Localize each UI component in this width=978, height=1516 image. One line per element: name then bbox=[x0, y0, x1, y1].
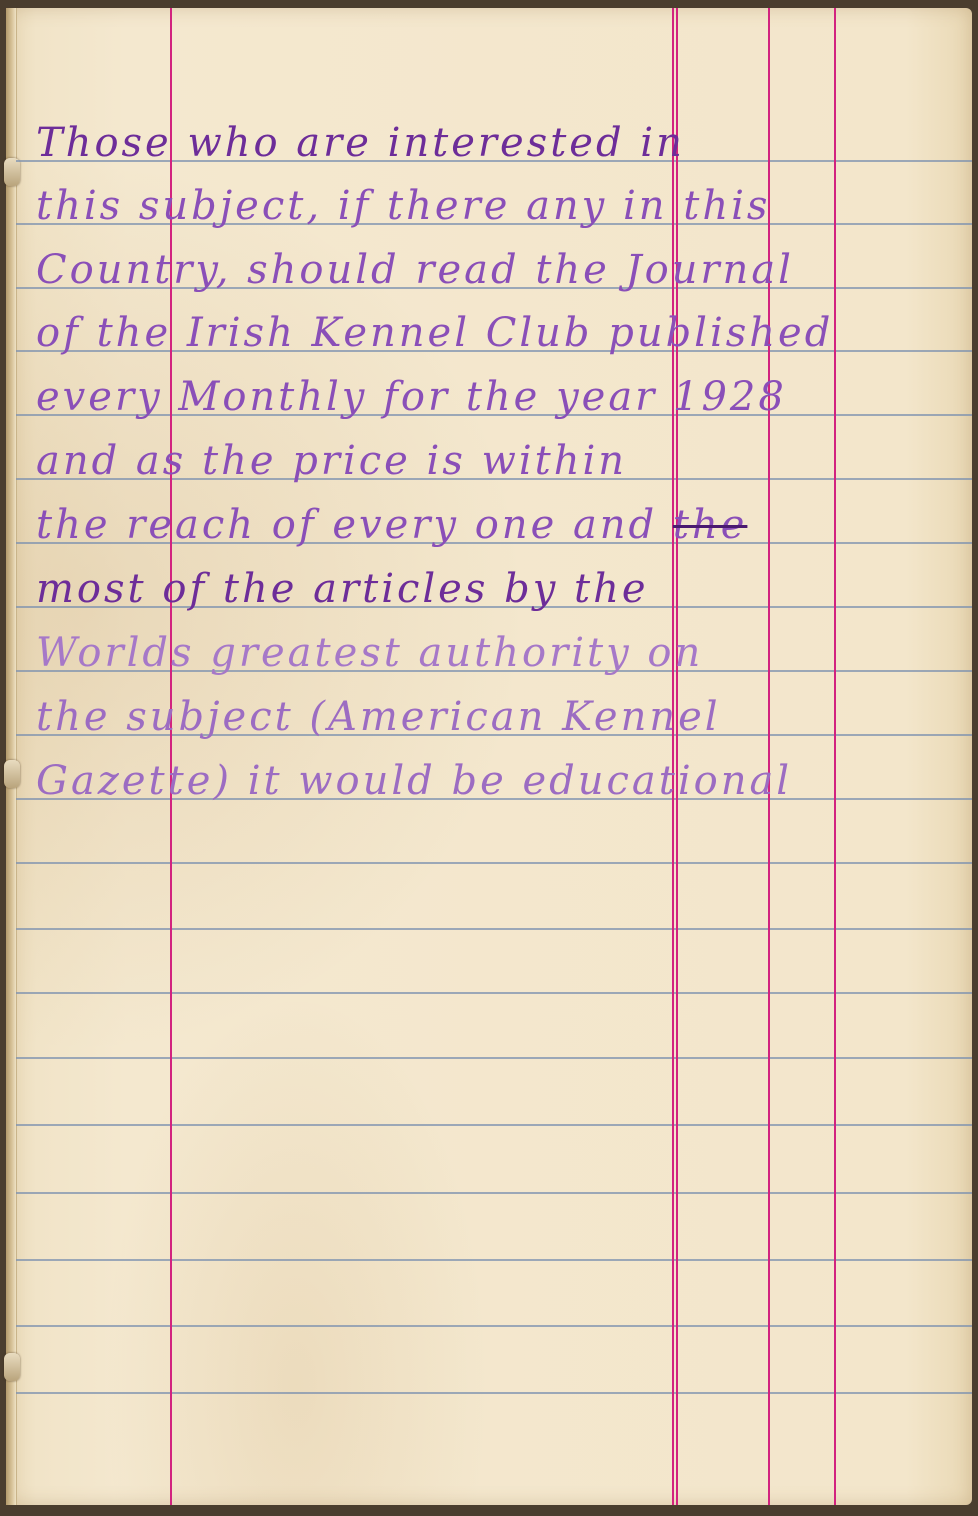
handwritten-text: the reach of every one and bbox=[36, 502, 657, 548]
ruled-line bbox=[16, 1392, 972, 1394]
handwritten-line: Worlds greatest authority on bbox=[36, 633, 703, 673]
handwritten-line: this subject, if there any in this bbox=[36, 186, 770, 226]
page-binding bbox=[6, 8, 17, 1505]
margin-line bbox=[170, 8, 172, 1505]
column-line bbox=[672, 8, 674, 1505]
ruled-line bbox=[16, 928, 972, 930]
handwritten-line: every Monthly for the year 1928 bbox=[36, 377, 787, 417]
binding-stitch bbox=[4, 158, 20, 186]
binding-stitch bbox=[4, 1353, 20, 1381]
handwritten-line: of the Irish Kennel Club published bbox=[36, 313, 833, 353]
ruled-line bbox=[16, 862, 972, 864]
handwritten-line: Gazette) it would be educational bbox=[36, 761, 792, 801]
ruled-line bbox=[16, 1325, 972, 1327]
ruled-line bbox=[16, 1057, 972, 1059]
notebook-page: Those who are interested in this subject… bbox=[6, 8, 972, 1505]
handwritten-line: the subject (American Kennel bbox=[36, 697, 721, 737]
column-line bbox=[676, 8, 678, 1505]
handwritten-line-with-strike: the reach of every one and the bbox=[36, 505, 747, 545]
ruled-line bbox=[16, 992, 972, 994]
column-line bbox=[834, 8, 836, 1505]
handwritten-line: Those who are interested in bbox=[36, 123, 685, 163]
handwritten-line: and as the price is within bbox=[36, 441, 627, 481]
struck-word: the bbox=[673, 502, 748, 548]
ruled-line bbox=[16, 1259, 972, 1261]
ruled-line bbox=[16, 1124, 972, 1126]
binding-stitch bbox=[4, 760, 20, 788]
scan-frame: Those who are interested in this subject… bbox=[0, 0, 978, 1516]
handwritten-line: Country, should read the Journal bbox=[36, 250, 794, 290]
column-line bbox=[768, 8, 770, 1505]
ruled-line bbox=[16, 1192, 972, 1194]
handwritten-line: most of the articles by the bbox=[36, 569, 649, 609]
